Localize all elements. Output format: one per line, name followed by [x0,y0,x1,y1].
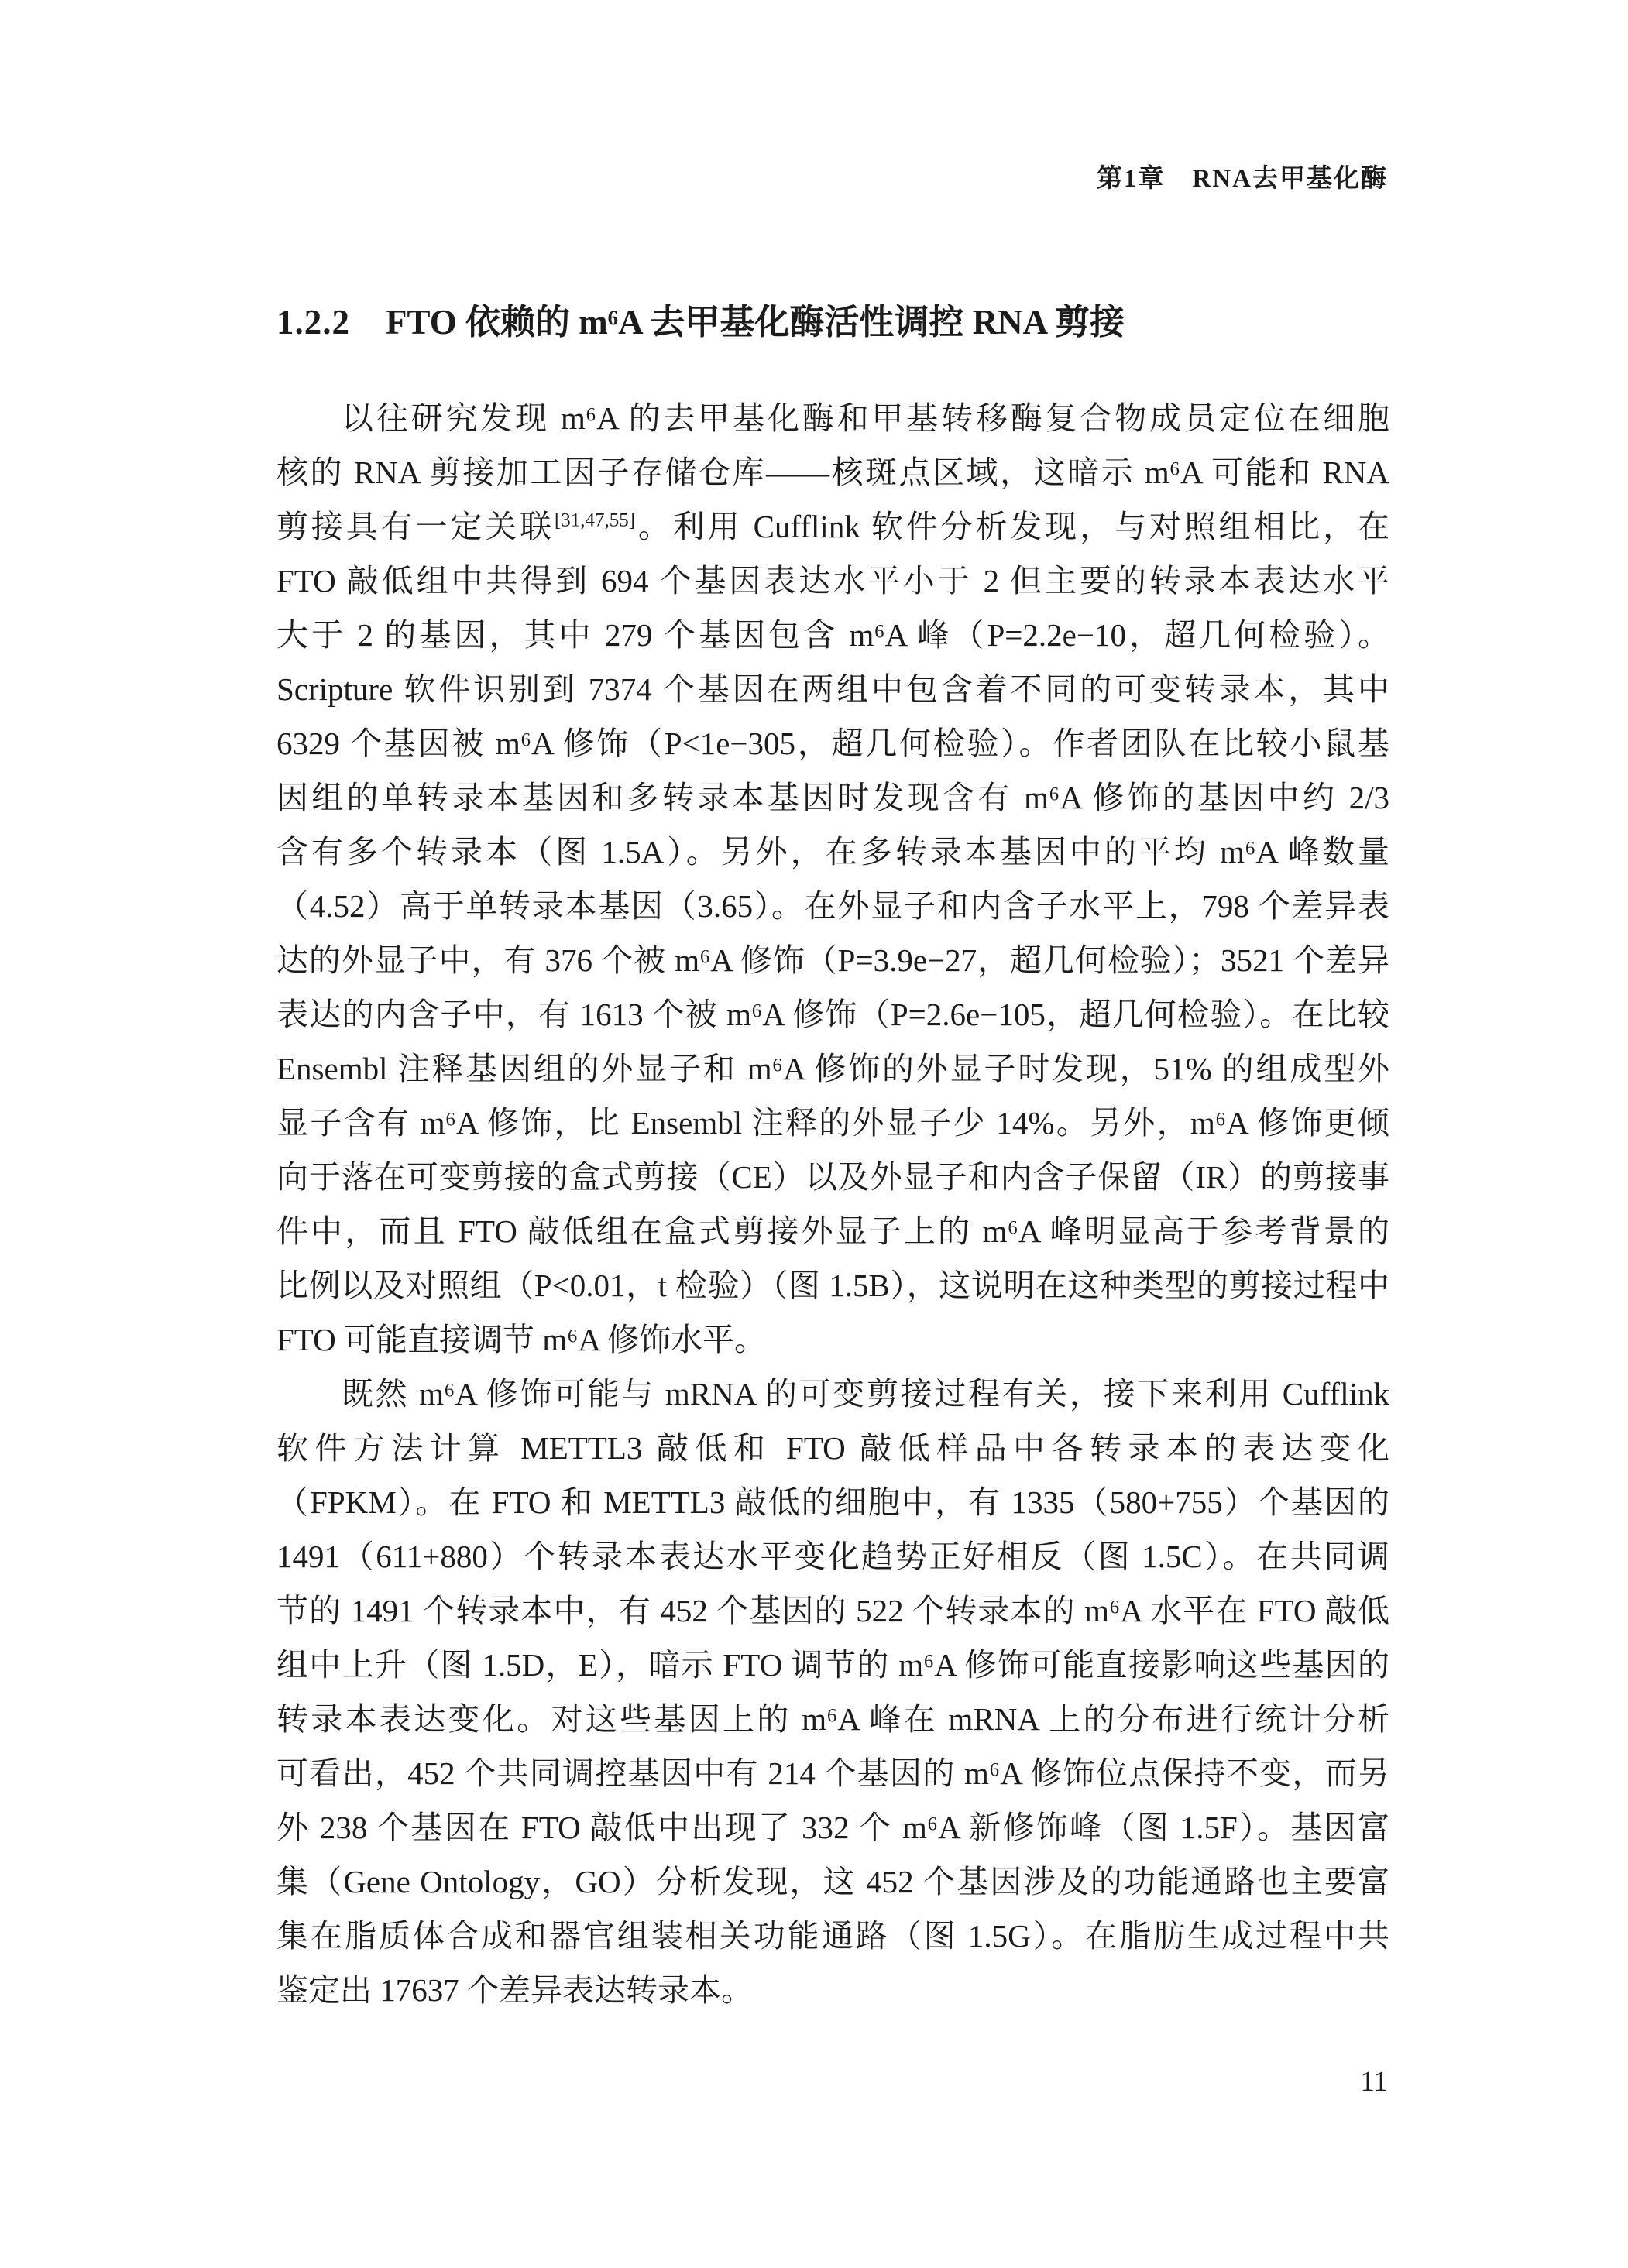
text-line: FTO 敲低组中共得到 694 个基因表达水平小于 2 但主要的转录本表达水平 [276,554,1389,608]
text-line: 集（Gene Ontology，GO）分析发现，这 452 个基因涉及的功能通路… [276,1855,1389,1909]
text-segment: 。利用 Cufflink 软件分析发现，与对照组相比，在 [635,509,1389,544]
text-line: 外 238 个基因在 FTO 敲低中出现了 332 个 m⁶A 新修饰峰（图 1… [276,1800,1389,1855]
text-line: FTO 可能直接调节 m⁶A 修饰水平。 [276,1312,1389,1367]
section-number: 1.2.2 [276,303,350,341]
running-header: 第1章 RNA去甲基化酶 [276,163,1388,195]
text-line: 大于 2 的基因，其中 279 个基因包含 m⁶A 峰（P=2.2e−10，超几… [276,608,1389,662]
text-line: 达的外显子中，有 376 个被 m⁶A 修饰（P=3.9e−27，超几何检验）；… [276,933,1389,987]
text-line: 剪接具有一定关联[31,47,55]。利用 Cufflink 软件分析发现，与对… [276,499,1389,554]
text-line: （FPKM）。在 FTO 和 METTL3 敲低的细胞中，有 1335（580+… [276,1475,1389,1529]
text-line: 6329 个基因被 m⁶A 修饰（P<1e−305，超几何检验）。作者团队在比较… [276,716,1389,770]
text-line: 可看出，452 个共同调控基因中有 214 个基因的 m⁶A 修饰位点保持不变，… [276,1746,1389,1800]
paragraph-2: 既然 m⁶A 修饰可能与 mRNA 的可变剪接过程有关，接下来利用 Cuffli… [276,1367,1389,2017]
text-line: 既然 m⁶A 修饰可能与 mRNA 的可变剪接过程有关，接下来利用 Cuffli… [276,1367,1389,1421]
text-line: 核的 RNA 剪接加工因子存储仓库——核斑点区域，这暗示 m⁶A 可能和 RNA [276,445,1389,499]
section-title: FTO 依赖的 m⁶A 去甲基化酶活性调控 RNA 剪接 [386,303,1125,341]
text-line: （4.52）高于单转录本基因（3.65）。在外显子和内含子水平上，798 个差异… [276,879,1389,933]
text-segment: 剪接具有一定关联 [276,509,555,544]
page-number: 11 [276,2064,1388,2100]
body-text: 以往研究发现 m⁶A 的去甲基化酶和甲基转移酶复合物成员定位在细胞 核的 RNA… [276,391,1389,2017]
text-line: 比例以及对照组（P<0.01，t 检验）（图 1.5B），这说明在这种类型的剪接… [276,1258,1389,1312]
text-line: 集在脂质体合成和器官组装相关功能通路（图 1.5G）。在脂肪生成过程中共 [276,1909,1389,1963]
text-line: 组中上升（图 1.5D，E），暗示 FTO 调节的 m⁶A 修饰可能直接影响这些… [276,1638,1389,1692]
section-heading: 1.2.2FTO 依赖的 m⁶A 去甲基化酶活性调控 RNA 剪接 [276,300,1388,344]
text-line: 表达的内含子中，有 1613 个被 m⁶A 修饰（P=2.6e−105，超几何检… [276,987,1389,1041]
text-line: 含有多个转录本（图 1.5A）。另外，在多转录本基因中的平均 m⁶A 峰数量 [276,825,1389,879]
book-page: 第1章 RNA去甲基化酶 1.2.2FTO 依赖的 m⁶A 去甲基化酶活性调控 … [0,0,1628,2268]
text-line: 1491（611+880）个转录本表达水平变化趋势正好相反（图 1.5C）。在共… [276,1529,1389,1583]
text-line: 节的 1491 个转录本中，有 452 个基因的 522 个转录本的 m⁶A 水… [276,1583,1389,1638]
text-line: 鉴定出 17637 个差异表达转录本。 [276,1963,1389,2017]
paragraph-1: 以往研究发现 m⁶A 的去甲基化酶和甲基转移酶复合物成员定位在细胞 核的 RNA… [276,391,1389,1367]
text-line: 转录本表达变化。对这些基因上的 m⁶A 峰在 mRNA 上的分布进行统计分析 [276,1692,1389,1746]
text-line: 件中，而且 FTO 敲低组在盒式剪接外显子上的 m⁶A 峰明显高于参考背景的 [276,1204,1389,1258]
text-line: 软件方法计算 METTL3 敲低和 FTO 敲低样品中各转录本的表达变化 [276,1421,1389,1475]
text-line: 向于落在可变剪接的盒式剪接（CE）以及外显子和内含子保留（IR）的剪接事 [276,1150,1389,1204]
citation-reference: [31,47,55] [555,510,635,530]
text-line: 显子含有 m⁶A 修饰，比 Ensembl 注释的外显子少 14%。另外，m⁶A… [276,1096,1389,1150]
text-line: 以往研究发现 m⁶A 的去甲基化酶和甲基转移酶复合物成员定位在细胞 [276,391,1389,445]
text-line: Scripture 软件识别到 7374 个基因在两组中包含着不同的可变转录本，… [276,662,1389,716]
text-line: 因组的单转录本基因和多转录本基因时发现含有 m⁶A 修饰的基因中约 2/3 [276,770,1389,825]
text-line: Ensembl 注释基因组的外显子和 m⁶A 修饰的外显子时发现，51% 的组成… [276,1041,1389,1096]
